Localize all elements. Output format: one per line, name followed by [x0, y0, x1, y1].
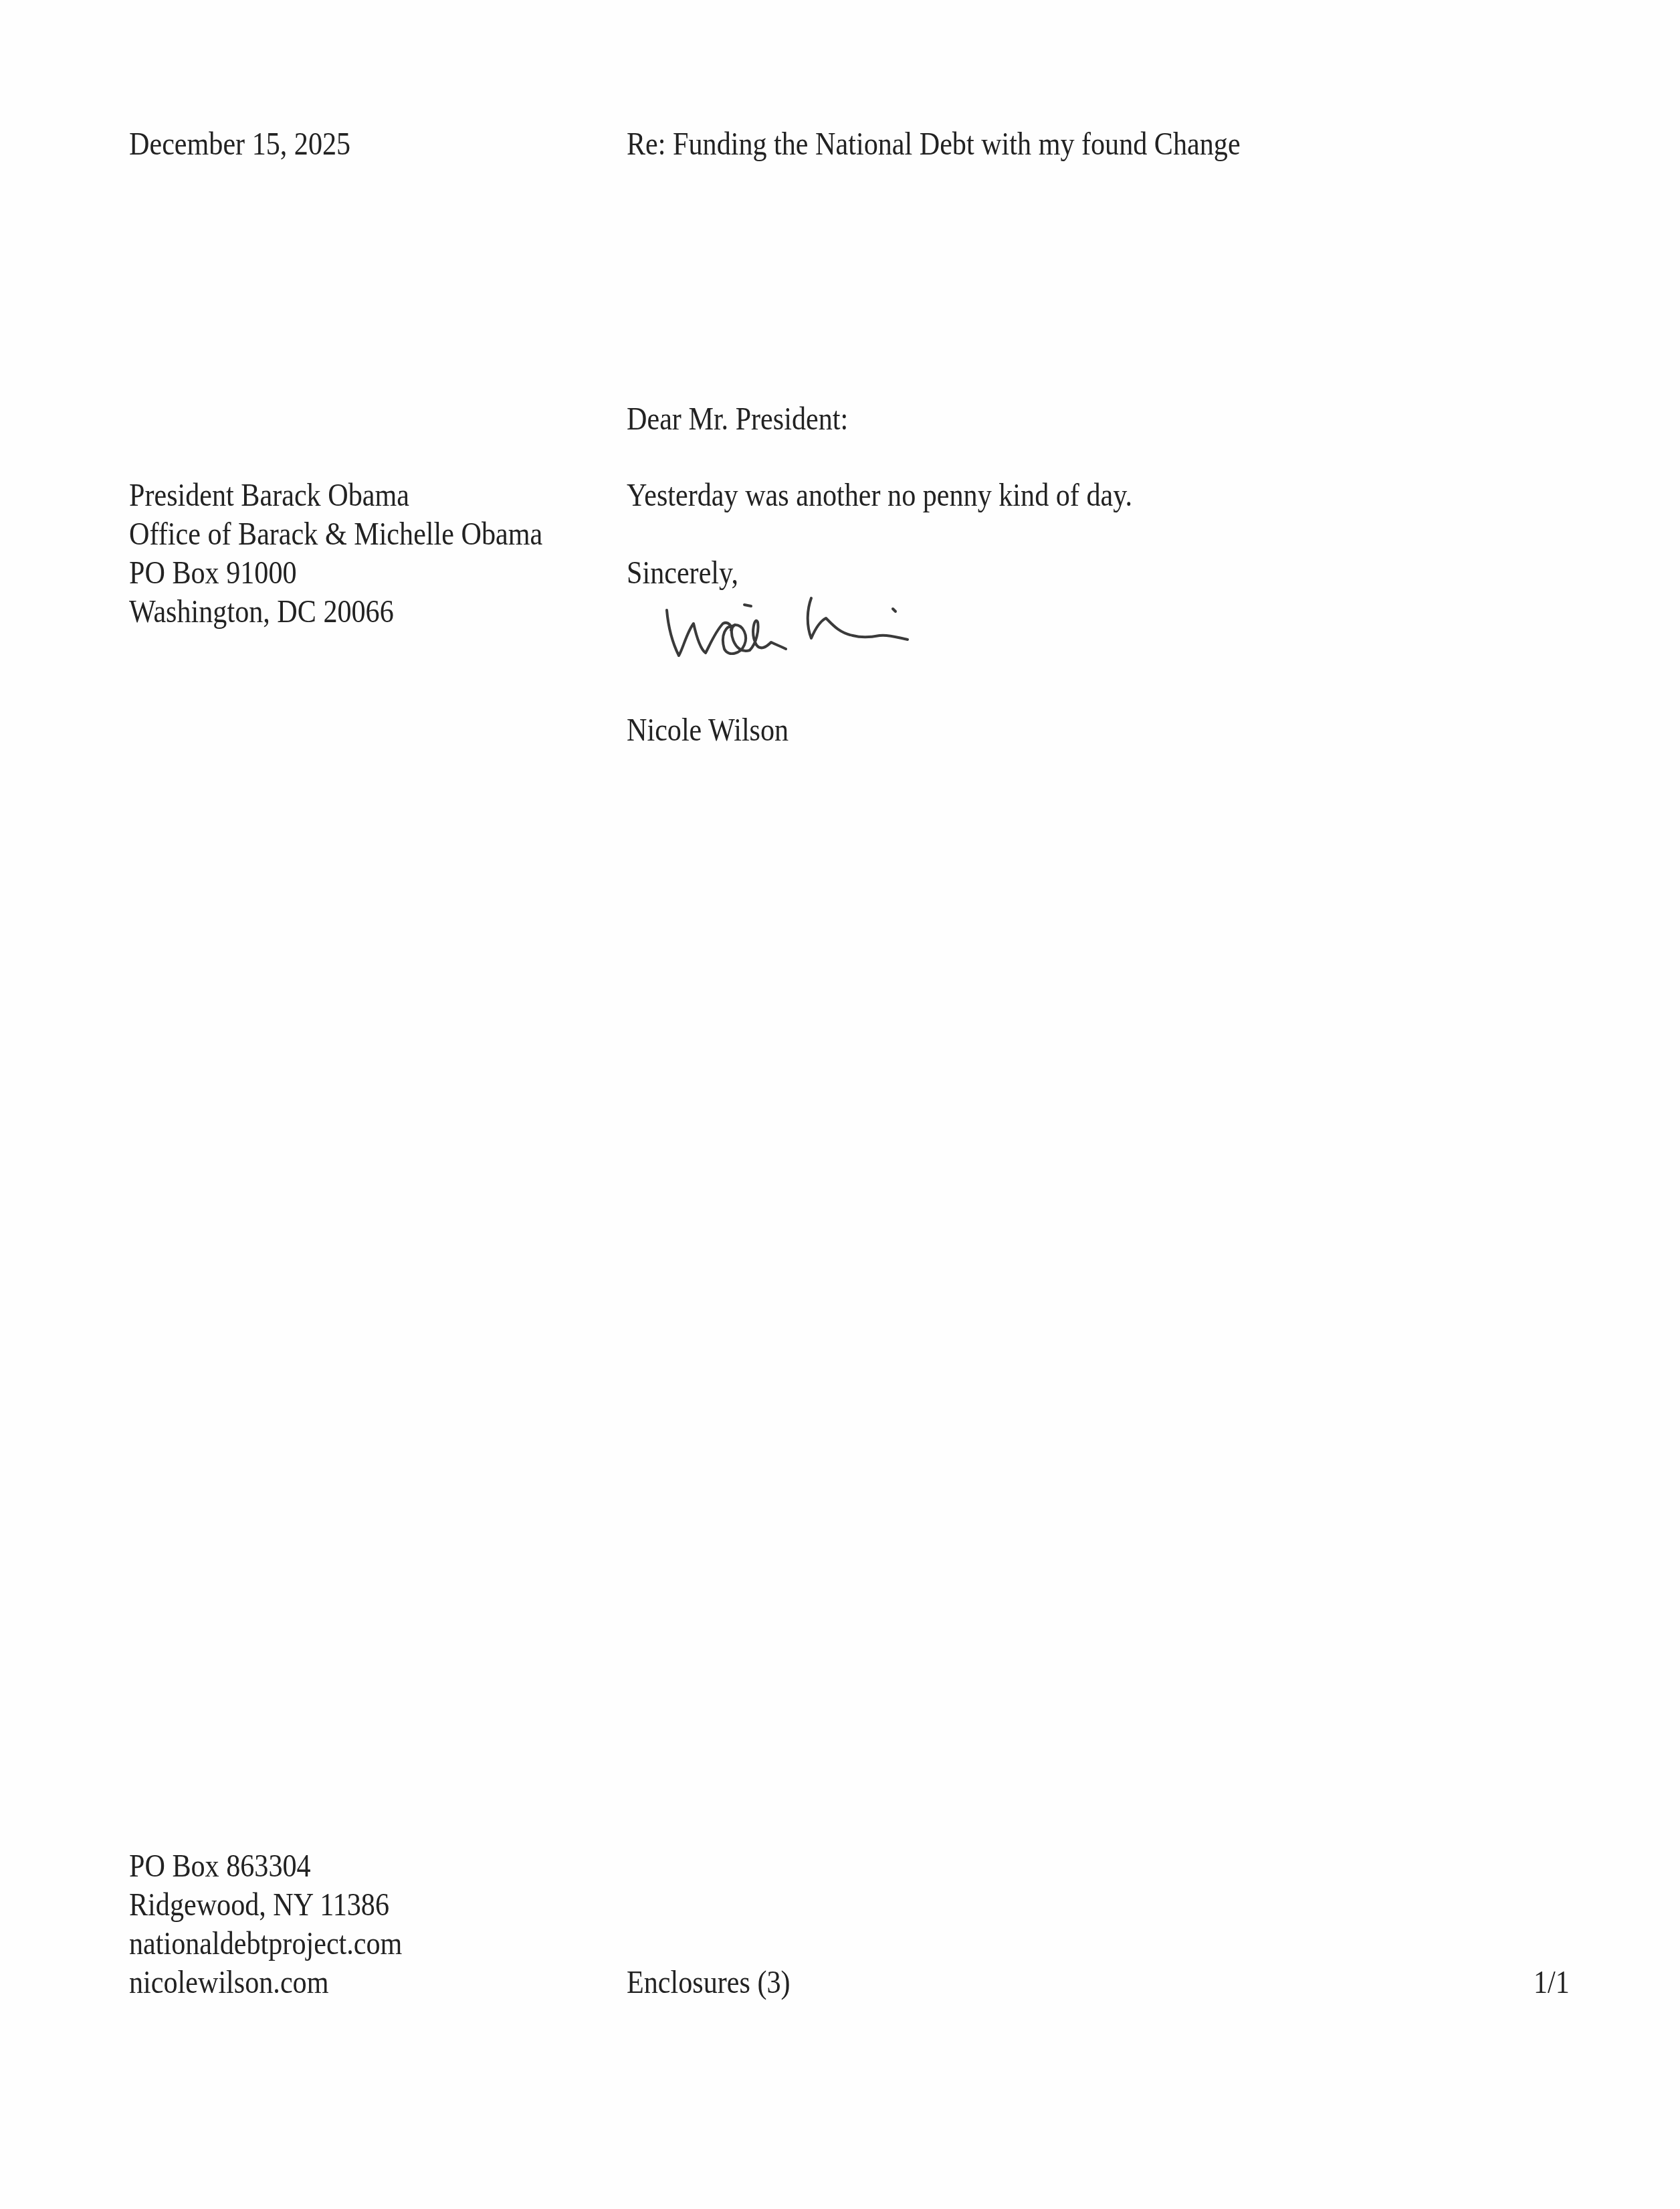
signature-icon	[659, 595, 986, 676]
closing: Sincerely,	[627, 553, 738, 592]
salutation: Dear Mr. President:	[627, 399, 848, 438]
enclosures-note: Enclosures (3)	[627, 1963, 791, 2002]
recipient-po-box: PO Box 91000	[129, 553, 542, 592]
sender-address: PO Box 863304 Ridgewood, NY 11386 nation…	[129, 1846, 447, 2002]
signer-name: Nicole Wilson	[627, 710, 789, 749]
letter-date: December 15, 2025	[129, 124, 350, 163]
sender-po-box: PO Box 863304	[129, 1846, 402, 1885]
recipient-address: President Barack Obama Office of Barack …	[129, 476, 610, 631]
sender-city: Ridgewood, NY 11386	[129, 1885, 402, 1924]
letter-body: Yesterday was another no penny kind of d…	[627, 476, 1132, 514]
recipient-office: Office of Barack & Michelle Obama	[129, 514, 542, 553]
recipient-name: President Barack Obama	[129, 476, 542, 514]
letter-page: December 15, 2025 Re: Funding the Nation…	[0, 0, 1680, 2209]
recipient-city: Washington, DC 20066	[129, 592, 542, 631]
sender-website-project: nationaldebtproject.com	[129, 1924, 402, 1963]
page-number: 1/1	[1534, 1963, 1570, 2002]
letter-subject: Re: Funding the National Debt with my fo…	[627, 124, 1241, 163]
sender-website-personal: nicolewilson.com	[129, 1963, 402, 2002]
